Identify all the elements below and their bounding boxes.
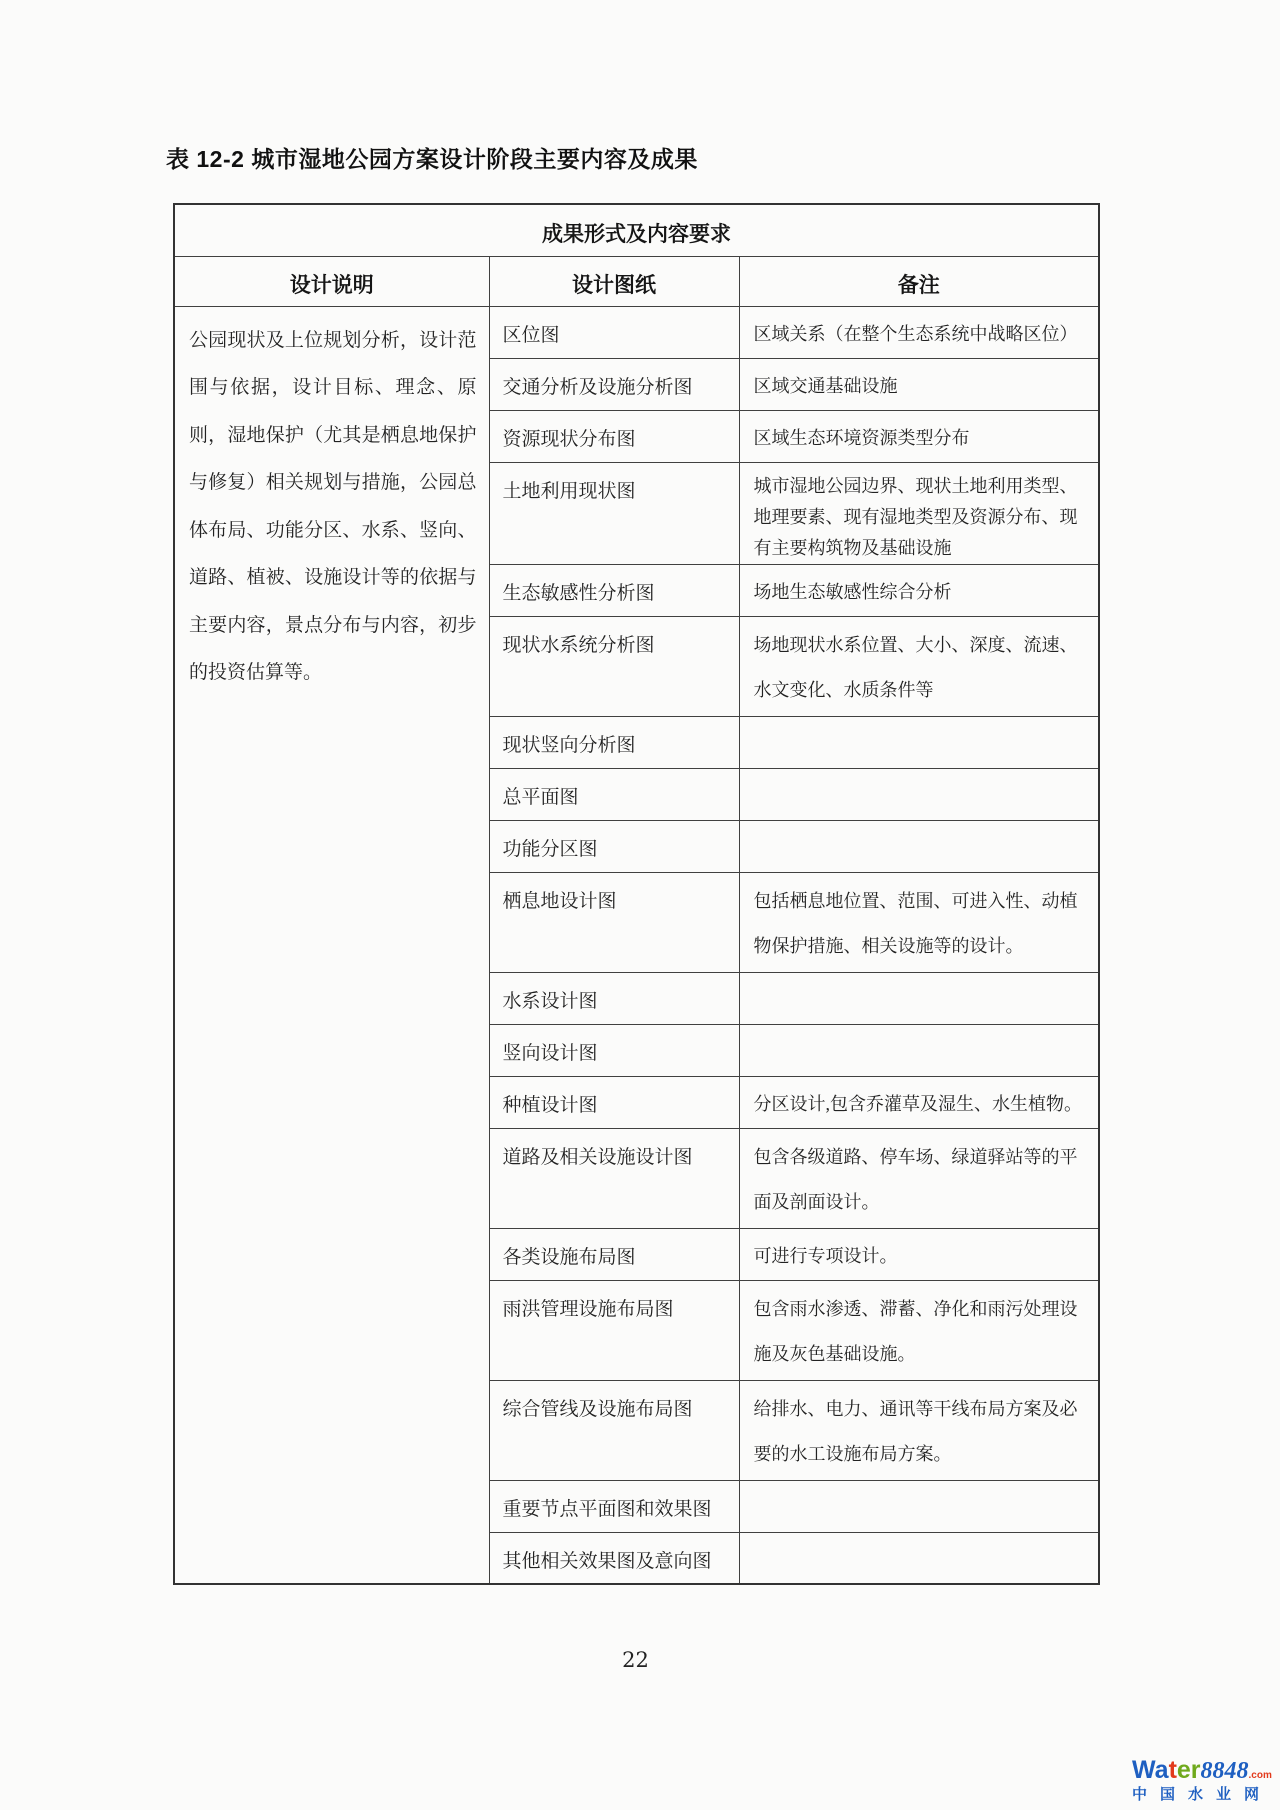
design-description-text: 公园现状及上位规划分析，设计范围与依据，设计目标、理念、原则，湿地保护（尤其是栖… [189, 317, 477, 697]
remark-cell: 区域交通基础设施 [739, 358, 1099, 410]
remark-cell: 场地现状水系位置、大小、深度、流速、水文变化、水质条件等 [739, 616, 1099, 716]
drawing-name-cell: 资源现状分布图 [489, 410, 739, 462]
table-title: 表 12-2 城市湿地公园方案设计阶段主要内容及成果 [166, 141, 698, 174]
drawing-name-cell: 现状水系统分析图 [489, 616, 739, 716]
drawing-name-cell: 重要节点平面图和效果图 [489, 1480, 739, 1532]
remark-cell: 包括栖息地位置、范围、可进入性、动植物保护措施、相关设施等的设计。 [739, 872, 1099, 972]
watermark-brand-segment: 8848 [1201, 1758, 1249, 1784]
watermark-brand-segment: t [1169, 1756, 1177, 1784]
design-description-cell: 公园现状及上位规划分析，设计范围与依据，设计目标、理念、原则，湿地保护（尤其是栖… [174, 306, 489, 1584]
remark-cell: 区域关系（在整个生态系统中战略区位） [739, 306, 1099, 358]
watermark-subtitle: 中国水业网 [1132, 1787, 1272, 1802]
drawing-name-cell: 种植设计图 [489, 1076, 739, 1128]
drawing-name-cell: 总平面图 [489, 768, 739, 820]
drawing-name-cell: 现状竖向分析图 [489, 716, 739, 768]
remark-cell: 给排水、电力、通讯等干线布局方案及必要的水工设施布局方案。 [739, 1380, 1099, 1480]
column-header-design-drawings: 设计图纸 [489, 256, 739, 306]
drawing-name-cell: 其他相关效果图及意向图 [489, 1532, 739, 1584]
remark-cell [739, 768, 1099, 820]
drawing-name-cell: 竖向设计图 [489, 1024, 739, 1076]
page-number: 22 [173, 1648, 1098, 1672]
watermark-logo: Water8848.com 中国水业网 [1132, 1758, 1272, 1802]
table-span-header: 成果形式及内容要求 [174, 204, 1099, 256]
remark-cell [739, 972, 1099, 1024]
remark-cell [739, 716, 1099, 768]
remark-cell [739, 1480, 1099, 1532]
remark-cell: 包含雨水渗透、滞蓄、净化和雨污处理设施及灰色基础设施。 [739, 1280, 1099, 1380]
watermark-brand-text: Water8848.com [1132, 1758, 1272, 1783]
drawing-name-cell: 水系设计图 [489, 972, 739, 1024]
drawing-name-cell: 雨洪管理设施布局图 [489, 1280, 739, 1380]
remark-cell: 可进行专项设计。 [739, 1228, 1099, 1280]
drawing-name-cell: 栖息地设计图 [489, 872, 739, 972]
drawing-name-cell: 综合管线及设施布局图 [489, 1380, 739, 1480]
drawing-name-cell: 土地利用现状图 [489, 462, 739, 564]
remark-cell: 城市湿地公园边界、现状土地利用类型、地理要素、现有湿地类型及资源分布、现有主要构… [739, 462, 1099, 564]
drawing-name-cell: 生态敏感性分析图 [489, 564, 739, 616]
table-header-row: 成果形式及内容要求 [174, 204, 1099, 256]
remark-cell [739, 1532, 1099, 1584]
remark-cell: 包含各级道路、停车场、绿道驿站等的平面及剖面设计。 [739, 1128, 1099, 1228]
watermark-brand-segment: er [1177, 1756, 1201, 1784]
watermark-brand-segment: Wa [1132, 1756, 1169, 1784]
column-header-row: 设计说明 设计图纸 备注 [174, 256, 1099, 306]
remark-cell [739, 1024, 1099, 1076]
remark-cell [739, 820, 1099, 872]
remark-cell: 区域生态环境资源类型分布 [739, 410, 1099, 462]
column-header-design-description: 设计说明 [174, 256, 489, 306]
remark-cell: 场地生态敏感性综合分析 [739, 564, 1099, 616]
drawing-name-cell: 交通分析及设施分析图 [489, 358, 739, 410]
remark-cell: 分区设计,包含乔灌草及湿生、水生植物。 [739, 1076, 1099, 1128]
watermark-brand-segment: .com [1249, 1770, 1272, 1781]
drawing-name-cell: 各类设施布局图 [489, 1228, 739, 1280]
table-row: 公园现状及上位规划分析，设计范围与依据，设计目标、理念、原则，湿地保护（尤其是栖… [174, 306, 1099, 358]
drawing-name-cell: 道路及相关设施设计图 [489, 1128, 739, 1228]
column-header-remarks: 备注 [739, 256, 1099, 306]
results-table: 成果形式及内容要求 设计说明 设计图纸 备注 公园现状及上位规划分析，设计范围与… [173, 203, 1100, 1585]
drawing-name-cell: 功能分区图 [489, 820, 739, 872]
drawing-name-cell: 区位图 [489, 306, 739, 358]
results-table-body: 成果形式及内容要求 设计说明 设计图纸 备注 公园现状及上位规划分析，设计范围与… [174, 204, 1099, 1584]
document-page: { "page": { "title": "表 12-2 城市湿地公园方案设计阶… [0, 0, 1280, 1810]
